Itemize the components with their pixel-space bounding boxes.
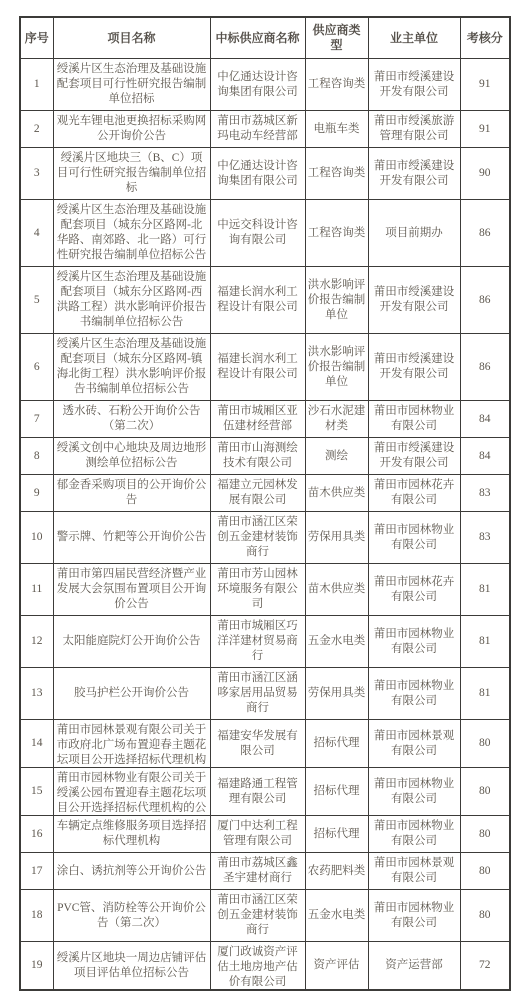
cell-text: 厦门政诚资产评估土地房地产估价有限公司 — [213, 945, 303, 986]
cell-text: 莆田市涵江区荣创五金建材装饰商行 — [213, 515, 303, 560]
cell-text: 15 — [23, 784, 51, 799]
cell-name: 透水砖、石粉公开询价公告（第二次） — [53, 401, 210, 438]
cell-owner: 莆田市绶溪建设开发有限公司 — [368, 148, 460, 200]
cell-text: 14 — [23, 736, 51, 751]
cell-type: 劳保用具类 — [305, 512, 368, 564]
cell-text: 莆田市园林物业有限公司 — [371, 404, 458, 434]
table-row: 16车辆定点维修服务项目选择招标代理机构厦门中达利工程管理有限公司招标代理莆田市… — [20, 816, 510, 853]
cell-text: 洪水影响评价报告编制单位 — [308, 345, 366, 390]
cell-no: 11 — [20, 564, 53, 616]
cell-score: 80 — [460, 720, 510, 768]
cell-text: 80 — [463, 864, 508, 879]
cell-supplier: 中远交科设计咨询有限公司 — [210, 200, 305, 267]
cell-text: 91 — [463, 77, 508, 92]
cell-text: 莆田市园林花卉有限公司 — [371, 575, 458, 605]
cell-text: 86 — [463, 226, 508, 241]
cell-owner: 莆田市园林景观有限公司 — [368, 853, 460, 890]
cell-text: 莆田市山海测绘技术有限公司 — [213, 441, 303, 471]
cell-text: 莆田市园林景观有限公司 — [371, 729, 458, 759]
cell-owner: 莆田市园林花卉有限公司 — [368, 475, 460, 512]
cell-score: 80 — [460, 890, 510, 942]
cell-supplier: 莆田市涵江区荣创五金建材装饰商行 — [210, 890, 305, 942]
cell-text: 绶溪片区生态治理及基础设施配套项目（城东分区路网-北华路、南郊路、北一路）可行性… — [56, 203, 208, 263]
column-header-no: 序号 — [20, 17, 53, 59]
cell-type: 招标代理 — [305, 768, 368, 816]
cell-type: 五金水电类 — [305, 890, 368, 942]
cell-supplier: 福建安华发展有限公司 — [210, 720, 305, 768]
cell-text: 80 — [463, 784, 508, 799]
cell-supplier: 莆田市涵江区涵哆家居用品贸易商行 — [210, 668, 305, 720]
cell-name: 车辆定点维修服务项目选择招标代理机构 — [53, 816, 210, 853]
cell-text: 80 — [463, 908, 508, 923]
cell-score: 80 — [460, 853, 510, 890]
cell-owner: 莆田市园林花卉有限公司 — [368, 564, 460, 616]
cell-no: 5 — [20, 267, 53, 334]
cell-supplier: 福建长润水利工程设计有限公司 — [210, 334, 305, 401]
column-header-supplier: 中标供应商名称 — [210, 17, 305, 59]
table-body: 1绶溪片区生态治理及基础设施配套项目可行性研究报告编制单位招标中亿通达设计咨询集… — [20, 59, 510, 991]
cell-text: 项目前期办 — [371, 226, 458, 241]
cell-text: 劳保用具类 — [308, 530, 366, 545]
cell-text: 工程咨询类 — [308, 166, 366, 181]
cell-owner: 莆田市园林景观有限公司 — [368, 720, 460, 768]
cell-text: 莆田市绶溪建设开发有限公司 — [371, 441, 458, 471]
table-row: 17涂白、诱抗剂等公开询价公告莆田市荔城区鑫圣宇建材商行农药肥料类莆田市园林景观… — [20, 853, 510, 890]
cell-no: 15 — [20, 768, 53, 816]
table-row: 19绶溪片区地块一周边店铺评估项目评估单位招标公告厦门政诚资产评估土地房地产估价… — [20, 942, 510, 991]
cell-no: 18 — [20, 890, 53, 942]
cell-text: 莆田市园林物业有限公司 — [371, 627, 458, 657]
cell-score: 72 — [460, 942, 510, 991]
table-row: 14莆田市园林景观有限公司关于市政府北广场布置迎春主题花坛项目公开选择招标代理机… — [20, 720, 510, 768]
cell-score: 86 — [460, 267, 510, 334]
cell-text: 胶马护栏公开询价公告 — [56, 686, 208, 701]
cell-no: 17 — [20, 853, 53, 890]
cell-text: 4 — [23, 226, 51, 241]
cell-no: 6 — [20, 334, 53, 401]
cell-text: 5 — [23, 293, 51, 308]
cell-text: 84 — [463, 449, 508, 464]
cell-type: 苗木供应类 — [305, 564, 368, 616]
cell-text: 86 — [463, 293, 508, 308]
cell-text: 中远交科设计咨询有限公司 — [213, 218, 303, 248]
cell-text: 资产评估 — [308, 958, 366, 973]
cell-no: 3 — [20, 148, 53, 200]
cell-text: 莆田市芳山园林环境服务有限公司 — [213, 567, 303, 612]
table-row: 12太阳能庭院灯公开询价公告莆田市城厢区巧洋洋建材贸易商行五金水电类莆田市园林物… — [20, 616, 510, 668]
cell-text: 五金水电类 — [308, 634, 366, 649]
cell-text: 81 — [463, 634, 508, 649]
cell-text: 11 — [23, 582, 51, 597]
cell-text: 招标代理 — [308, 784, 366, 799]
cell-text: 福建安华发展有限公司 — [213, 729, 303, 759]
cell-text: 五金水电类 — [308, 908, 366, 923]
cell-text: 苗木供应类 — [308, 486, 366, 501]
table-row: 15莆田市园林物业有限公司关于绶溪公园布置迎春主题花坛项目公开选择招标代理机构的… — [20, 768, 510, 816]
cell-no: 19 — [20, 942, 53, 991]
cell-name: 绶溪片区地块一周边店铺评估项目评估单位招标公告 — [53, 942, 210, 991]
cell-score: 83 — [460, 475, 510, 512]
cell-owner: 莆田市绶溪建设开发有限公司 — [368, 59, 460, 111]
cell-text: 莆田市园林物业有限公司关于绶溪公园布置迎春主题花坛项目公开选择招标代理机构的公告 — [56, 771, 208, 812]
cell-text: 农药肥料类 — [308, 864, 366, 879]
cell-text: PVC管、消防栓等公开询价公告（第二次） — [56, 901, 208, 931]
cell-text: 警示牌、竹耙等公开询价公告 — [56, 530, 208, 545]
cell-score: 86 — [460, 200, 510, 267]
table-row: 5绶溪片区生态治理及基础设施配套项目（城东分区路网-西洪路工程）洪水影响评价报告… — [20, 267, 510, 334]
cell-text: 太阳能庭院灯公开询价公告 — [56, 634, 208, 649]
cell-score: 91 — [460, 111, 510, 148]
cell-text: 涂白、诱抗剂等公开询价公告 — [56, 864, 208, 879]
cell-no: 8 — [20, 438, 53, 475]
cell-text: 19 — [23, 958, 51, 973]
cell-text: 9 — [23, 486, 51, 501]
cell-name: PVC管、消防栓等公开询价公告（第二次） — [53, 890, 210, 942]
cell-text: 福建长润水利工程设计有限公司 — [213, 352, 303, 382]
cell-text: 7 — [23, 412, 51, 427]
cell-text: 绶溪片区地块三（B、C）项目可行性研究报告编制单位招标 — [56, 151, 208, 196]
table-header-row: 序号 项目名称 中标供应商名称 供应商类型 业主单位 考核分 — [20, 17, 510, 59]
cell-text: 86 — [463, 360, 508, 375]
supplier-evaluation-table: 序号 项目名称 中标供应商名称 供应商类型 业主单位 考核分 1绶溪片区生态治理… — [19, 16, 511, 991]
cell-owner: 莆田市园林物业有限公司 — [368, 401, 460, 438]
cell-text: 3 — [23, 166, 51, 181]
cell-text: 劳保用具类 — [308, 686, 366, 701]
cell-owner: 莆田市绶溪建设开发有限公司 — [368, 334, 460, 401]
column-header-name: 项目名称 — [53, 17, 210, 59]
column-header-type: 供应商类型 — [305, 17, 368, 59]
cell-text: 莆田市园林花卉有限公司 — [371, 478, 458, 508]
cell-text: 莆田市第四届民营经济暨产业发展大会氛围布置项目公开询价公告 — [56, 567, 208, 612]
table-row: 10警示牌、竹耙等公开询价公告莆田市涵江区荣创五金建材装饰商行劳保用具类莆田市园… — [20, 512, 510, 564]
table-row: 11莆田市第四届民营经济暨产业发展大会氛围布置项目公开询价公告莆田市芳山园林环境… — [20, 564, 510, 616]
table-row: 8绶溪文创中心地块及周边地形测绘单位招标公告莆田市山海测绘技术有限公司测绘莆田市… — [20, 438, 510, 475]
cell-no: 13 — [20, 668, 53, 720]
table-row: 3绶溪片区地块三（B、C）项目可行性研究报告编制单位招标中亿通达设计咨询集团有限… — [20, 148, 510, 200]
cell-text: 福建长润水利工程设计有限公司 — [213, 285, 303, 315]
cell-text: 招标代理 — [308, 827, 366, 842]
cell-type: 工程咨询类 — [305, 200, 368, 267]
cell-no: 16 — [20, 816, 53, 853]
cell-type: 洪水影响评价报告编制单位 — [305, 334, 368, 401]
cell-text: 10 — [23, 530, 51, 545]
cell-text: 莆田市绶溪建设开发有限公司 — [371, 352, 458, 382]
cell-supplier: 莆田市涵江区荣创五金建材装饰商行 — [210, 512, 305, 564]
table-row: 18PVC管、消防栓等公开询价公告（第二次）莆田市涵江区荣创五金建材装饰商行五金… — [20, 890, 510, 942]
cell-type: 农药肥料类 — [305, 853, 368, 890]
cell-text: 沙石水泥建材类 — [308, 404, 366, 434]
cell-text: 电瓶车类 — [308, 122, 366, 137]
cell-type: 洪水影响评价报告编制单位 — [305, 267, 368, 334]
cell-name: 郁金香采购项目的公开询价公告 — [53, 475, 210, 512]
cell-text: 资产运营部 — [371, 958, 458, 973]
cell-no: 10 — [20, 512, 53, 564]
cell-owner: 莆田市绶溪建设开发有限公司 — [368, 267, 460, 334]
cell-owner: 莆田市园林物业有限公司 — [368, 816, 460, 853]
cell-owner: 资产运营部 — [368, 942, 460, 991]
cell-text: 莆田市荔城区鑫圣宇建材商行 — [213, 856, 303, 886]
cell-text: 测绘 — [308, 449, 366, 464]
cell-text: 17 — [23, 864, 51, 879]
cell-supplier: 莆田市芳山园林环境服务有限公司 — [210, 564, 305, 616]
table-row: 6绶溪片区生态治理及基础设施配套项目（城东分区路网-镇海北街工程）洪水影响评价报… — [20, 334, 510, 401]
cell-name: 莆田市第四届民营经济暨产业发展大会氛围布置项目公开询价公告 — [53, 564, 210, 616]
cell-score: 80 — [460, 768, 510, 816]
cell-owner: 莆田市绶溪旅游管理有限公司 — [368, 111, 460, 148]
cell-name: 涂白、诱抗剂等公开询价公告 — [53, 853, 210, 890]
cell-text: 莆田市园林物业有限公司 — [371, 777, 458, 807]
cell-text: 莆田市绶溪建设开发有限公司 — [371, 159, 458, 189]
cell-text: 车辆定点维修服务项目选择招标代理机构 — [56, 819, 208, 849]
cell-text: 中亿通达设计咨询集团有限公司 — [213, 70, 303, 100]
cell-text: 72 — [463, 958, 508, 973]
cell-text: 莆田市绶溪建设开发有限公司 — [371, 70, 458, 100]
cell-text: 81 — [463, 582, 508, 597]
cell-text: 绶溪文创中心地块及周边地形测绘单位招标公告 — [56, 441, 208, 471]
cell-supplier: 厦门政诚资产评估土地房地产估价有限公司 — [210, 942, 305, 991]
cell-text: 13 — [23, 686, 51, 701]
cell-text: 莆田市城厢区亚伍建材经营部 — [213, 404, 303, 434]
cell-text: 莆田市绶溪旅游管理有限公司 — [371, 114, 458, 144]
cell-text: 招标代理 — [308, 736, 366, 751]
cell-name: 绶溪片区生态治理及基础设施配套项目（城东分区路网-北华路、南郊路、北一路）可行性… — [53, 200, 210, 267]
cell-text: 8 — [23, 449, 51, 464]
cell-type: 工程咨询类 — [305, 148, 368, 200]
cell-text: 洪水影响评价报告编制单位 — [308, 278, 366, 323]
column-header-owner: 业主单位 — [368, 17, 460, 59]
cell-text: 18 — [23, 908, 51, 923]
cell-score: 86 — [460, 334, 510, 401]
cell-text: 91 — [463, 122, 508, 137]
cell-text: 莆田市园林物业有限公司 — [371, 819, 458, 849]
cell-no: 12 — [20, 616, 53, 668]
cell-no: 9 — [20, 475, 53, 512]
cell-score: 81 — [460, 668, 510, 720]
cell-supplier: 莆田市城厢区巧洋洋建材贸易商行 — [210, 616, 305, 668]
cell-name: 绶溪文创中心地块及周边地形测绘单位招标公告 — [53, 438, 210, 475]
cell-supplier: 福建路通工程管理有限公司 — [210, 768, 305, 816]
cell-type: 招标代理 — [305, 720, 368, 768]
cell-text: 90 — [463, 166, 508, 181]
cell-score: 81 — [460, 616, 510, 668]
cell-no: 2 — [20, 111, 53, 148]
cell-supplier: 莆田市荔城区鑫圣宇建材商行 — [210, 853, 305, 890]
cell-text: 2 — [23, 122, 51, 137]
cell-name: 观光车锂电池更换招标采购网公开询价公告 — [53, 111, 210, 148]
cell-name: 绶溪片区生态治理及基础设施配套项目（城东分区路网-西洪路工程）洪水影响评价报告书… — [53, 267, 210, 334]
cell-supplier: 中亿通达设计咨询集团有限公司 — [210, 59, 305, 111]
cell-supplier: 厦门中达利工程管理有限公司 — [210, 816, 305, 853]
cell-type: 测绘 — [305, 438, 368, 475]
cell-owner: 莆田市绶溪建设开发有限公司 — [368, 438, 460, 475]
cell-type: 五金水电类 — [305, 616, 368, 668]
cell-text: 观光车锂电池更换招标采购网公开询价公告 — [56, 114, 208, 144]
cell-supplier: 福建长润水利工程设计有限公司 — [210, 267, 305, 334]
cell-name: 警示牌、竹耙等公开询价公告 — [53, 512, 210, 564]
cell-name: 绶溪片区生态治理及基础设施配套项目（城东分区路网-镇海北街工程）洪水影响评价报告… — [53, 334, 210, 401]
cell-text: 绶溪片区生态治理及基础设施配套项目可行性研究报告编制单位招标 — [56, 62, 208, 107]
cell-name: 胶马护栏公开询价公告 — [53, 668, 210, 720]
cell-text: 莆田市园林物业有限公司 — [371, 901, 458, 931]
table-header: 序号 项目名称 中标供应商名称 供应商类型 业主单位 考核分 — [20, 17, 510, 59]
cell-supplier: 福建立元园林发展有限公司 — [210, 475, 305, 512]
cell-text: 厦门中达利工程管理有限公司 — [213, 819, 303, 849]
cell-type: 工程咨询类 — [305, 59, 368, 111]
cell-owner: 莆田市园林物业有限公司 — [368, 668, 460, 720]
column-header-score: 考核分 — [460, 17, 510, 59]
cell-no: 4 — [20, 200, 53, 267]
cell-text: 81 — [463, 686, 508, 701]
table-row: 1绶溪片区生态治理及基础设施配套项目可行性研究报告编制单位招标中亿通达设计咨询集… — [20, 59, 510, 111]
cell-score: 83 — [460, 512, 510, 564]
cell-text: 苗木供应类 — [308, 582, 366, 597]
cell-text: 83 — [463, 486, 508, 501]
cell-type: 沙石水泥建材类 — [305, 401, 368, 438]
cell-owner: 莆田市园林物业有限公司 — [368, 768, 460, 816]
table-row: 7透水砖、石粉公开询价公告（第二次）莆田市城厢区亚伍建材经营部沙石水泥建材类莆田… — [20, 401, 510, 438]
cell-text: 郁金香采购项目的公开询价公告 — [56, 478, 208, 508]
cell-text: 莆田市涵江区涵哆家居用品贸易商行 — [213, 671, 303, 716]
cell-text: 工程咨询类 — [308, 77, 366, 92]
table-row: 13胶马护栏公开询价公告莆田市涵江区涵哆家居用品贸易商行劳保用具类莆田市园林物业… — [20, 668, 510, 720]
cell-no: 7 — [20, 401, 53, 438]
cell-text: 工程咨询类 — [308, 226, 366, 241]
cell-score: 90 — [460, 148, 510, 200]
cell-supplier: 莆田市山海测绘技术有限公司 — [210, 438, 305, 475]
cell-text: 12 — [23, 634, 51, 649]
cell-text: 1 — [23, 77, 51, 92]
cell-text: 16 — [23, 827, 51, 842]
table-row: 9郁金香采购项目的公开询价公告福建立元园林发展有限公司苗木供应类莆田市园林花卉有… — [20, 475, 510, 512]
cell-supplier: 中亿通达设计咨询集团有限公司 — [210, 148, 305, 200]
cell-owner: 莆田市园林物业有限公司 — [368, 616, 460, 668]
cell-text: 福建路通工程管理有限公司 — [213, 777, 303, 807]
cell-text: 80 — [463, 736, 508, 751]
table-row: 4绶溪片区生态治理及基础设施配套项目（城东分区路网-北华路、南郊路、北一路）可行… — [20, 200, 510, 267]
cell-score: 84 — [460, 401, 510, 438]
cell-name: 太阳能庭院灯公开询价公告 — [53, 616, 210, 668]
cell-text: 84 — [463, 412, 508, 427]
cell-supplier: 莆田市城厢区亚伍建材经营部 — [210, 401, 305, 438]
cell-text: 福建立元园林发展有限公司 — [213, 478, 303, 508]
cell-text: 83 — [463, 530, 508, 545]
cell-text: 莆田市绶溪建设开发有限公司 — [371, 285, 458, 315]
cell-text: 绶溪片区地块一周边店铺评估项目评估单位招标公告 — [56, 951, 208, 981]
cell-text: 莆田市园林景观有限公司 — [371, 856, 458, 886]
cell-name: 绶溪片区地块三（B、C）项目可行性研究报告编制单位招标 — [53, 148, 210, 200]
cell-type: 劳保用具类 — [305, 668, 368, 720]
cell-text: 莆田市园林物业有限公司 — [371, 523, 458, 553]
cell-name: 莆田市园林物业有限公司关于绶溪公园布置迎春主题花坛项目公开选择招标代理机构的公告 — [53, 768, 210, 816]
cell-owner: 项目前期办 — [368, 200, 460, 267]
cell-owner: 莆田市园林物业有限公司 — [368, 512, 460, 564]
cell-type: 苗木供应类 — [305, 475, 368, 512]
cell-score: 81 — [460, 564, 510, 616]
cell-name: 绶溪片区生态治理及基础设施配套项目可行性研究报告编制单位招标 — [53, 59, 210, 111]
cell-text: 莆田市荔城区新玛电动车经营部 — [213, 114, 303, 144]
cell-type: 招标代理 — [305, 816, 368, 853]
cell-owner: 莆田市园林物业有限公司 — [368, 890, 460, 942]
cell-text: 莆田市园林景观有限公司关于市政府北广场布置迎春主题花坛项目公开选择招标代理机构的… — [56, 723, 208, 764]
cell-type: 资产评估 — [305, 942, 368, 991]
cell-text: 6 — [23, 360, 51, 375]
cell-supplier: 莆田市荔城区新玛电动车经营部 — [210, 111, 305, 148]
cell-text: 中亿通达设计咨询集团有限公司 — [213, 159, 303, 189]
cell-text: 绶溪片区生态治理及基础设施配套项目（城东分区路网-西洪路工程）洪水影响评价报告书… — [56, 270, 208, 330]
cell-no: 14 — [20, 720, 53, 768]
cell-text: 莆田市城厢区巧洋洋建材贸易商行 — [213, 619, 303, 664]
cell-score: 84 — [460, 438, 510, 475]
cell-score: 80 — [460, 816, 510, 853]
cell-text: 绶溪片区生态治理及基础设施配套项目（城东分区路网-镇海北街工程）洪水影响评价报告… — [56, 337, 208, 397]
document-page: 序号 项目名称 中标供应商名称 供应商类型 业主单位 考核分 1绶溪片区生态治理… — [0, 0, 530, 1005]
cell-no: 1 — [20, 59, 53, 111]
cell-text: 莆田市涵江区荣创五金建材装饰商行 — [213, 893, 303, 938]
cell-text: 80 — [463, 827, 508, 842]
cell-score: 91 — [460, 59, 510, 111]
cell-type: 电瓶车类 — [305, 111, 368, 148]
cell-text: 莆田市园林物业有限公司 — [371, 679, 458, 709]
table-row: 2观光车锂电池更换招标采购网公开询价公告莆田市荔城区新玛电动车经营部电瓶车类莆田… — [20, 111, 510, 148]
cell-text: 透水砖、石粉公开询价公告（第二次） — [56, 404, 208, 434]
cell-name: 莆田市园林景观有限公司关于市政府北广场布置迎春主题花坛项目公开选择招标代理机构的… — [53, 720, 210, 768]
